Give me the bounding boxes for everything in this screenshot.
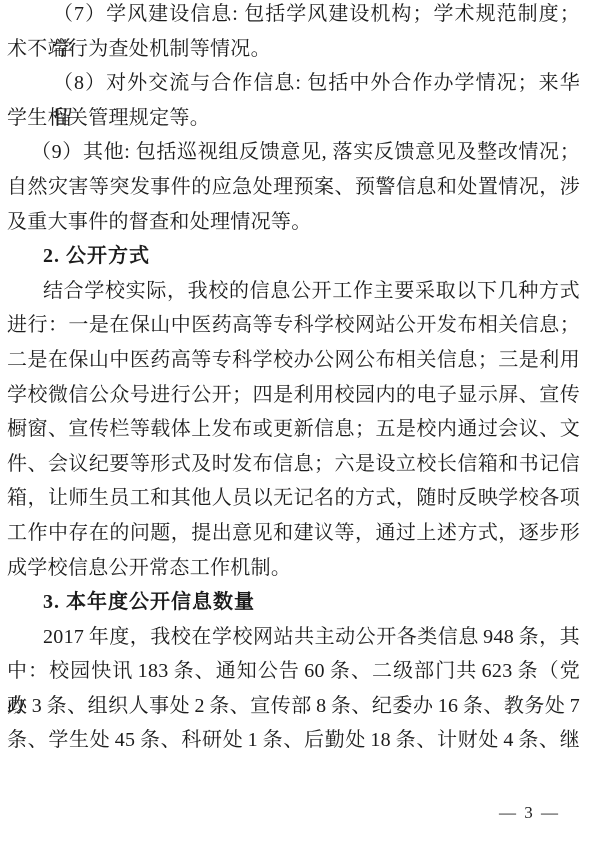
text-line: （7）学风建设信息: 包括学风建设机构；学术规范制度；学 <box>7 0 580 32</box>
text-line: 橱窗、宣传栏等载体上发布或更新信息；五是校内通过会议、文 <box>7 412 580 447</box>
text-line: 结合学校实际，我校的信息公开工作主要采取以下几种方式 <box>7 274 580 309</box>
document-body: （7）学风建设信息: 包括学风建设机构；学术规范制度；学术不端行为查处机制等情况… <box>7 0 580 758</box>
text-line: 箱，让师生员工和其他人员以无记名的方式，随时反映学校各项 <box>7 481 580 516</box>
text-line: 术不端行为查处机制等情况。 <box>7 32 580 67</box>
text-line: 2017 年度，我校在学校网站共主动公开各类信息 948 条，其 <box>7 620 580 655</box>
text-line: 学校微信公众号进行公开；四是利用校园内的电子显示屏、宣传 <box>7 378 580 413</box>
text-line: 及重大事件的督查和处理情况等。 <box>7 205 580 240</box>
text-line: 工作中存在的问题，提出意见和建议等，通过上述方式，逐步形 <box>7 516 580 551</box>
text-line: 二是在保山中医药高等专科学校办公网公布相关信息；三是利用 <box>7 343 580 378</box>
text-line: 件、会议纪要等形式及时发布信息；六是设立校长信箱和书记信 <box>7 447 580 482</box>
text-line: 成学校信息公开常态工作机制。 <box>7 551 580 586</box>
text-line: （8）对外交流与合作信息: 包括中外合作办学情况；来华留 <box>7 66 580 101</box>
text-line: 中：校园快讯 183 条、通知公告 60 条、二级部门共 623 条（党政 <box>7 654 580 689</box>
section-heading: 3. 本年度公开信息数量 <box>7 585 580 620</box>
text-line: （9）其他: 包括巡视组反馈意见, 落实反馈意见及整改情况； <box>7 135 580 170</box>
text-line: 学生相关管理规定等。 <box>7 101 580 136</box>
text-line: 办 3 条、组织人事处 2 条、宣传部 8 条、纪委办 16 条、教务处 7 <box>7 689 580 724</box>
section-heading: 2. 公开方式 <box>7 239 580 274</box>
document-page: （7）学风建设信息: 包括学风建设机构；学术规范制度；学术不端行为查处机制等情况… <box>0 0 600 845</box>
text-line: 自然灾害等突发事件的应急处理预案、预警信息和处置情况，涉 <box>7 170 580 205</box>
page-number: — 3 — <box>499 803 560 823</box>
text-line: 进行：一是在保山中医药高等专科学校网站公开发布相关信息； <box>7 308 580 343</box>
text-line: 条、学生处 45 条、科研处 1 条、后勤处 18 条、计财处 4 条、继 <box>7 723 580 758</box>
